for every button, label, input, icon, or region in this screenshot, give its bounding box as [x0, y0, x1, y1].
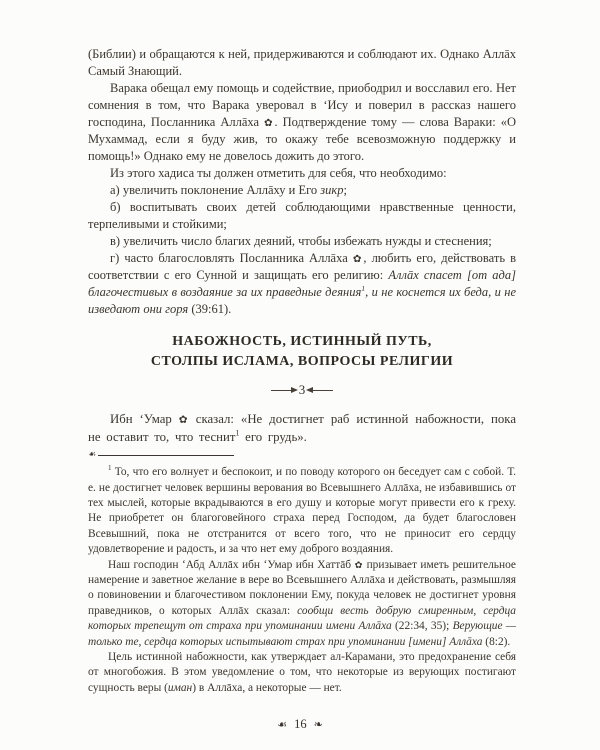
text-run: (8:2). — [482, 636, 510, 648]
chapter-heading-line-2: СТОЛПЫ ИСЛАМА, ВОПРОСЫ РЕЛИГИИ — [88, 352, 516, 372]
text-run: б) воспитывать своих детей соблюдающими … — [88, 200, 516, 231]
book-page: (Библии) и обращаются к ней, придерживаю… — [0, 0, 600, 750]
paragraph-waraqa: Варака обещал ему помощь и содействие, п… — [88, 80, 516, 165]
paragraph-hadith-lessons-intro: Из этого хадиса ты должен отметить для с… — [88, 165, 516, 182]
paragraph-bible-continuation: (Библии) и обращаются к ней, придерживаю… — [88, 46, 516, 80]
section-number: 3 — [299, 382, 306, 398]
list-item-b: б) воспитывать своих детей соблюдающими … — [88, 199, 516, 233]
list-item-v: в) увеличить число благих деяний, чтобы … — [88, 233, 516, 250]
text-run: иман — [168, 682, 192, 694]
footnote-1: 1 То, что его волнует и беспокоит, и по … — [88, 465, 516, 557]
text-run: Из этого хадиса ты должен отметить для с… — [110, 166, 447, 180]
left-arrow-dash-icon — [271, 390, 291, 391]
chapter-heading: НАБОЖНОСТЬ, ИСТИННЫЙ ПУТЬ, СТОЛПЫ ИСЛАМА… — [88, 332, 516, 372]
text-run: (39:61). — [188, 302, 231, 316]
text-run: ; — [344, 183, 347, 197]
commentary-karamani: Цель истинной набожности, как утверждает… — [88, 650, 516, 696]
text-run: Ибн ‘Умар — [110, 412, 179, 426]
footnote-separator: ☙ — [88, 451, 516, 460]
text-run: (Библии) и обращаются к ней, придерживаю… — [88, 47, 516, 78]
commentary-ibn-umar: Наш господин ‘Абд Аллāх ибн ‘Умар ибн Ха… — [88, 558, 516, 650]
chapter-heading-line-1: НАБОЖНОСТЬ, ИСТИННЫЙ ПУТЬ, — [88, 332, 516, 352]
right-arrow-dash-icon — [313, 390, 333, 391]
salawat-mark: ✿ — [353, 253, 364, 265]
text-run: зикр — [320, 183, 343, 197]
page-footer: ☙ 16 ❧ — [0, 717, 600, 732]
section-number-ornament: 3 — [88, 382, 516, 398]
radiallahu-anhu-mark: ✿ — [179, 414, 189, 426]
footnote-separator-flourish-icon: ☙ — [88, 451, 96, 460]
footer-left-flourish-icon: ☙ — [277, 719, 287, 730]
page-number: 16 — [294, 717, 307, 732]
text-run: а) увеличить поклонение Аллāху и Его — [110, 183, 320, 197]
text-run: Наш господин ‘Абд Аллāх ибн ‘Умар ибн Ха… — [108, 559, 355, 571]
text-run: его грудь». — [239, 430, 306, 444]
text-run: То, что его волнует и беспокоит, и по по… — [88, 466, 516, 555]
hadith-text: Ибн ‘Умар ✿ сказал: «Не достигнет раб ис… — [88, 411, 516, 446]
text-run: г) часто благословлять Посланника Аллāха — [110, 251, 353, 265]
footnote-section: 1 То, что его волнует и беспокоит, и по … — [88, 465, 516, 696]
footnote-separator-line — [98, 455, 234, 456]
list-item-g: г) часто благословлять Посланника Аллāха… — [88, 250, 516, 318]
text-column: (Библии) и обращаются к ней, придерживаю… — [88, 46, 516, 696]
text-run: в) увеличить число благих деяний, чтобы … — [110, 234, 492, 248]
list-item-a: а) увеличить поклонение Аллāху и Его зик… — [88, 182, 516, 199]
radiallahu-anhu-mark: ✿ — [355, 560, 363, 571]
footer-right-flourish-icon: ❧ — [314, 719, 323, 730]
text-run: ) в Аллāха, а некоторые — нет. — [192, 682, 342, 694]
text-run: (22:34, 35); — [392, 620, 453, 632]
body-text: (Библии) и обращаются к ней, придерживаю… — [88, 46, 516, 318]
salawat-mark: ✿ — [264, 117, 274, 129]
